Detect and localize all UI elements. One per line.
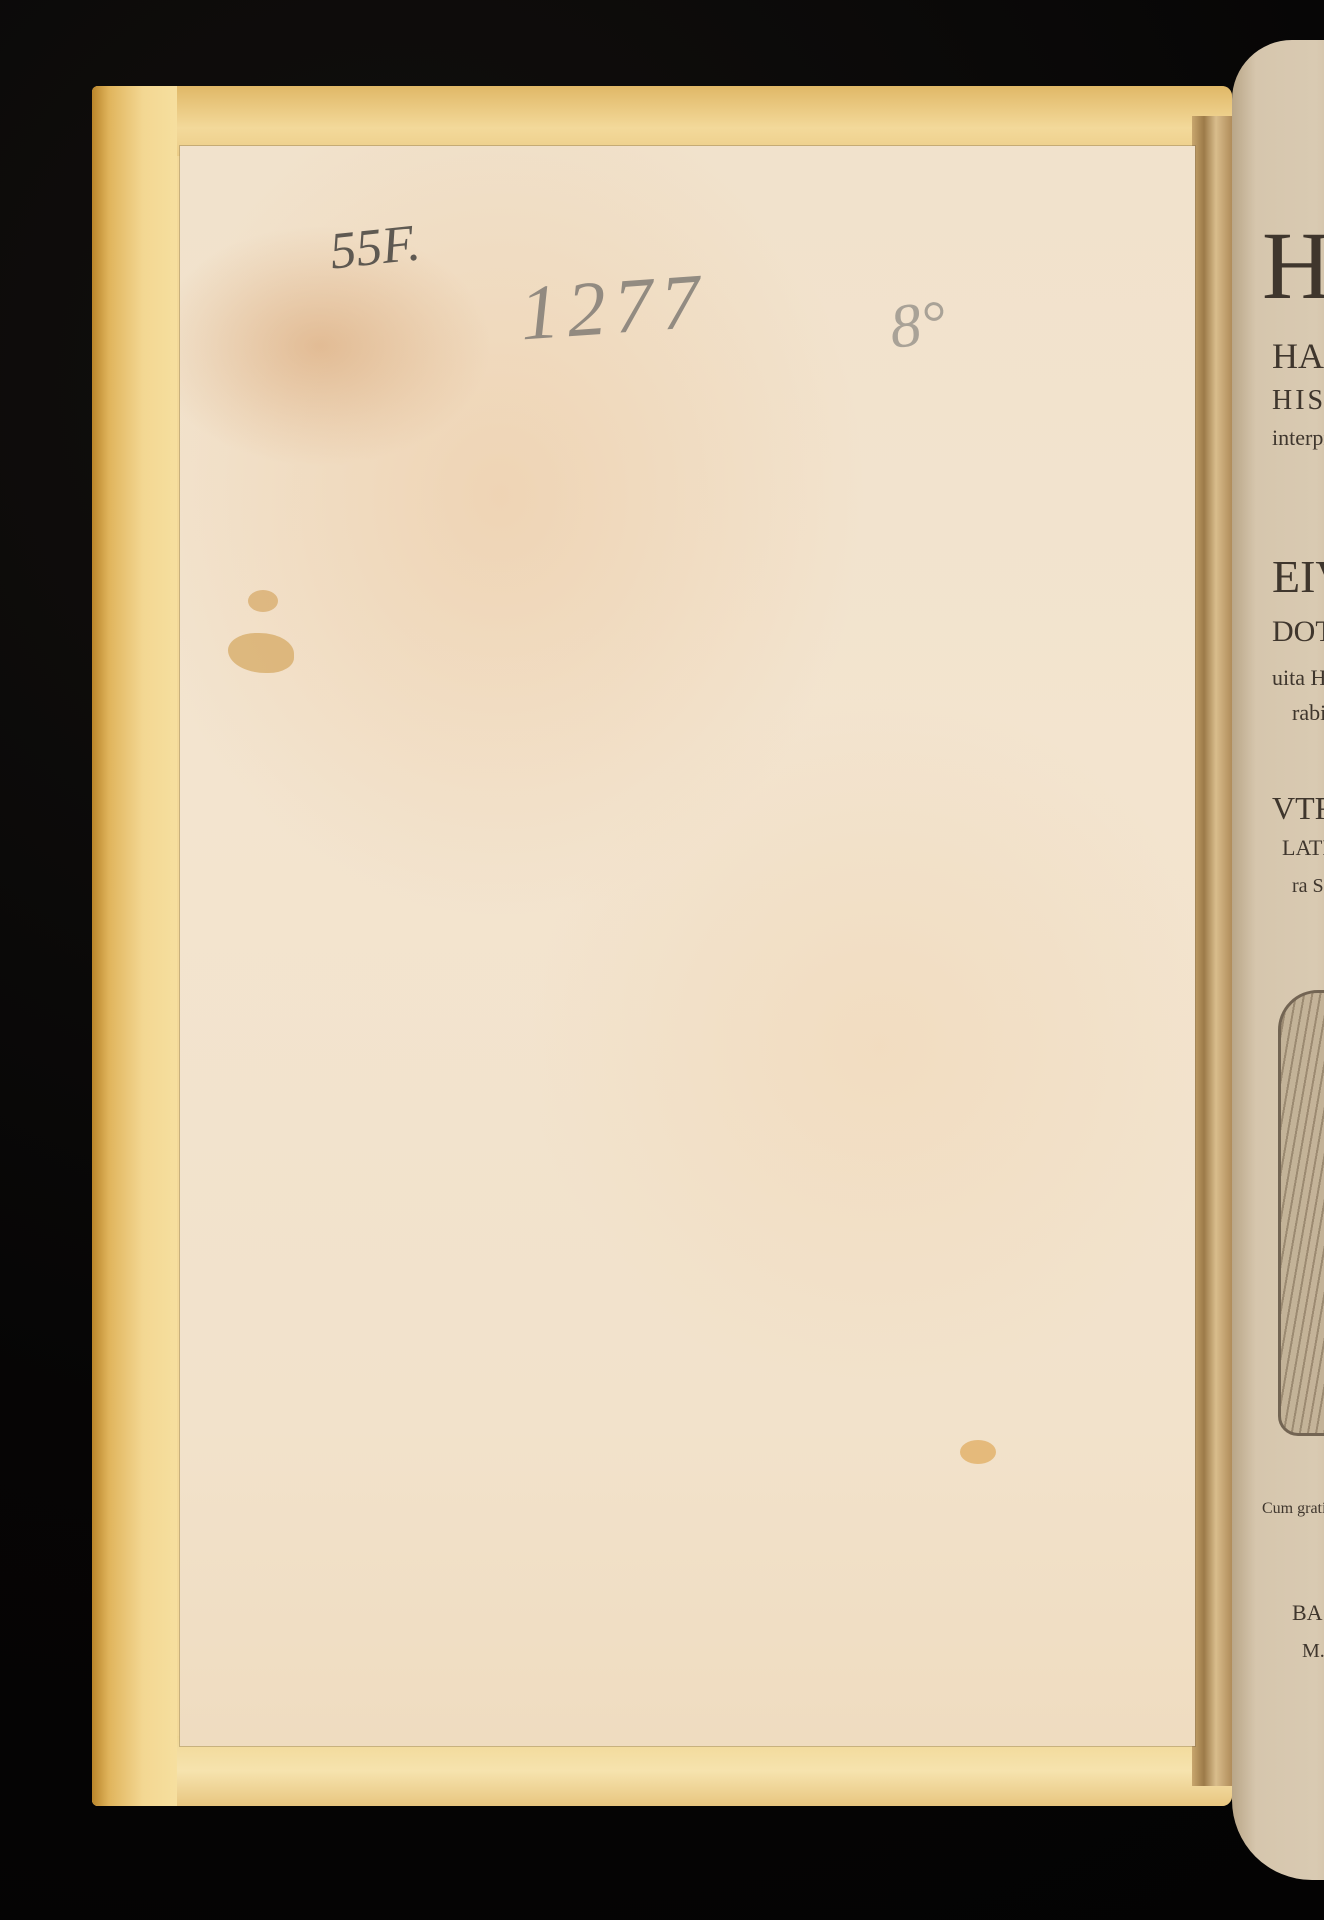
title-line: interprete Laurent (1272, 425, 1324, 451)
printer-device-woodcut (1278, 990, 1324, 1436)
title-line: ra Schola (1292, 875, 1324, 898)
pencil-shelfmark: 55F. (327, 213, 423, 281)
title-page-edge: HERO HALICARN HISTORIAE L interprete Lau… (1232, 40, 1324, 1880)
title-line: HALICARN (1272, 335, 1324, 377)
foxing-stain (960, 1440, 996, 1464)
title-line: HISTORIAE L (1272, 385, 1324, 417)
pencil-accession-number: 1277 (517, 256, 711, 359)
title-line: EIVSDEM (1272, 550, 1324, 603)
title-line: uita Homeri (1272, 665, 1324, 691)
binding-bottom-turn-in (92, 1736, 1232, 1806)
hinge-joint (1192, 116, 1232, 1786)
binding-fore-edge-turn-in (92, 86, 177, 1806)
privilege-line: Cum gratia & priuilegio (1262, 1500, 1324, 1518)
title-line: rabi Hereod (1292, 700, 1324, 726)
title-line: VTRIVSQV (1272, 790, 1324, 827)
title-line: HERO (1262, 210, 1324, 321)
imprint-place: BASIL (1292, 1600, 1324, 1626)
foxing-stain (248, 590, 278, 612)
pastedown-endpaper (180, 146, 1195, 1746)
title-line: DOTI LIBEL (1272, 615, 1324, 649)
title-line: LATIONE (1282, 835, 1324, 861)
imprint-date: M.D. (1302, 1640, 1324, 1663)
pencil-format-note: 8° (886, 287, 949, 363)
